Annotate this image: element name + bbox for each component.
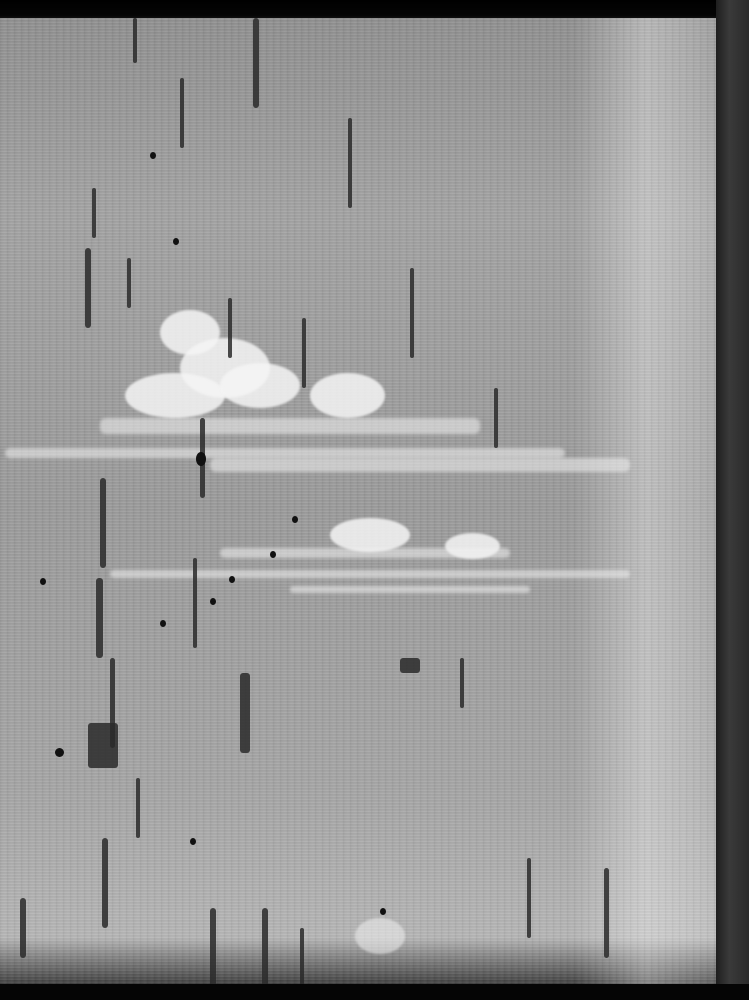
bottom-shadow-edge xyxy=(0,984,749,1000)
photograph xyxy=(0,0,749,1000)
painted-wood-panel xyxy=(0,18,718,986)
bottom-faint-cloud xyxy=(355,918,405,954)
dark-frame-edge xyxy=(716,0,749,1000)
